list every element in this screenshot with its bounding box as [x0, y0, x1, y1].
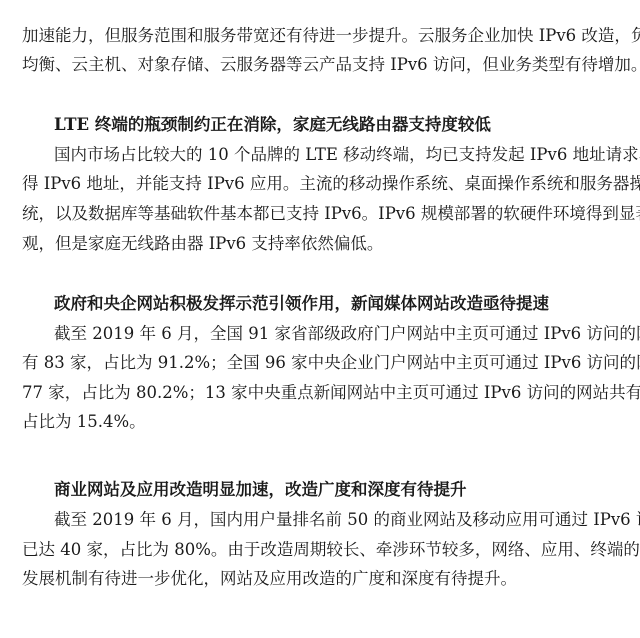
text-line: 统，以及数据库等基础软件基本都已支持 IPv6。IPv6 规模部署的软硬件环境得… — [22, 199, 618, 229]
text-line: 已达 40 家，占比为 80%。由于改造周期较长、牵涉环节较多，网络、应用、终端… — [22, 535, 618, 565]
text-line: 得 IPv6 地址，并能支持 IPv6 应用。主流的移动操作系统、桌面操作系统和… — [22, 169, 618, 199]
text-line: 有 83 家，占比为 91.2%；全国 96 家中央企业门户网站中主页可通过 I… — [22, 348, 618, 378]
text-line: 均衡、云主机、对象存储、云服务器等云产品支持 IPv6 访问，但业务类型有待增加… — [22, 50, 618, 80]
text-line: 占比为 15.4%。 — [22, 407, 618, 437]
section-heading: 政府和央企网站积极发挥示范引领作用，新闻媒体网站改造亟待提速 — [54, 289, 618, 319]
text-line: 国内市场占比较大的 10 个品牌的 LTE 移动终端，均已支持发起 IPv6 地… — [54, 140, 618, 170]
section-heading: LTE 终端的瓶颈制约正在消除，家庭无线路由器支持度较低 — [54, 110, 618, 140]
text-line: 观，但是家庭无线路由器 IPv6 支持率依然偏低。 — [22, 229, 618, 259]
text-line: 发展机制有待进一步优化，网站及应用改造的广度和深度有待提升。 — [22, 564, 618, 594]
section-heading: 商业网站及应用改造明显加速，改造广度和深度有待提升 — [54, 475, 618, 505]
text-line: 加速能力，但服务范围和服务带宽还有待进一步提升。云服务企业加快 IPv6 改造，… — [22, 21, 618, 51]
text-line: 截至 2019 年 6 月，全国 91 家省部级政府门户网站中主页可通过 IPv… — [54, 319, 618, 349]
text-line: 77 家，占比为 80.2%；13 家中央重点新闻网站中主页可通过 IPv6 访… — [22, 378, 618, 408]
text-line: 截至 2019 年 6 月，国内用户量排名前 50 的商业网站及移动应用可通过 … — [54, 505, 618, 535]
